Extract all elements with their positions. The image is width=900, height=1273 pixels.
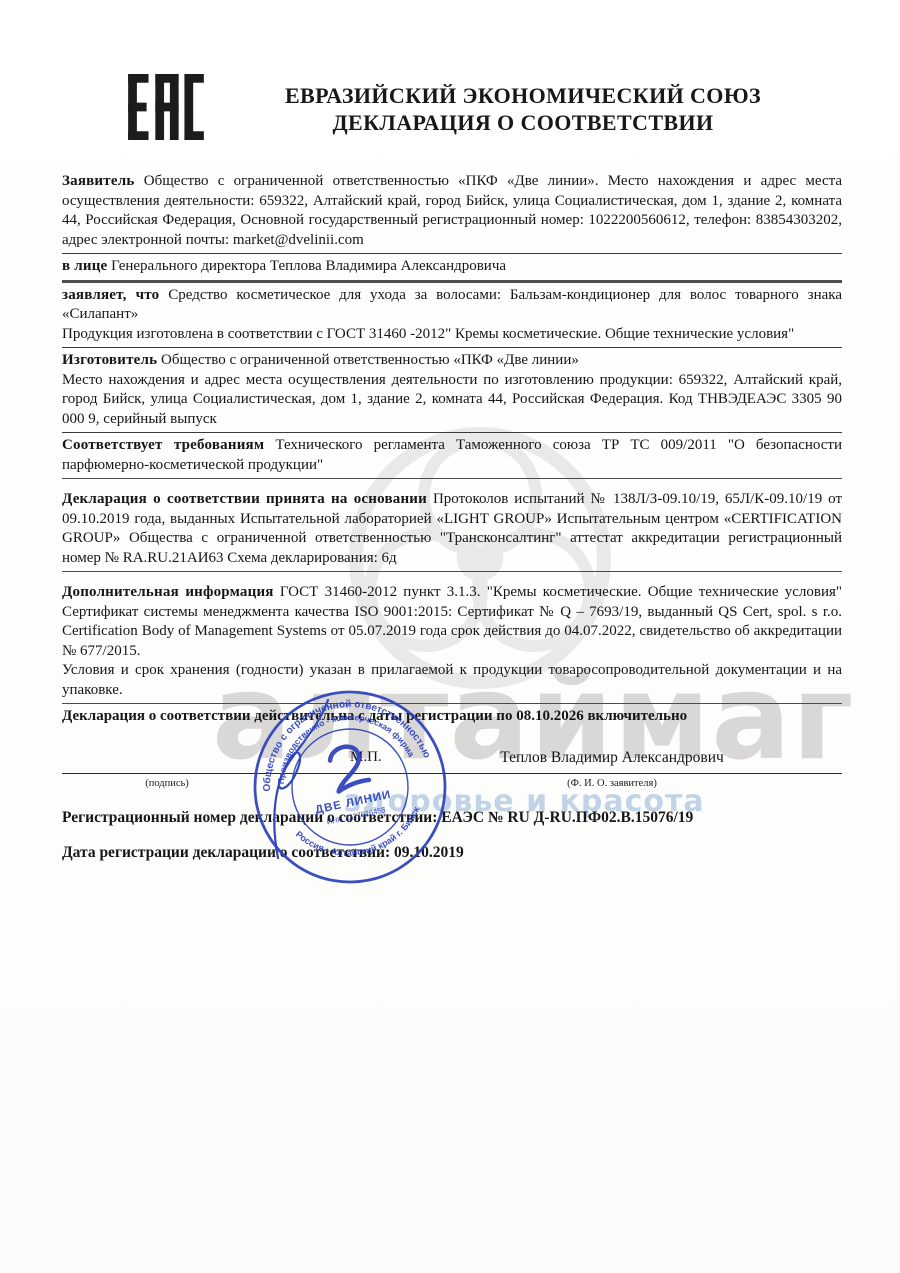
signature-area: М.П. Теплов Владимир Александрович (подп…: [62, 727, 842, 803]
declares-label: заявляет, что: [62, 287, 159, 303]
manufacturer-address: Место нахождения и адрес места осуществл…: [62, 371, 842, 430]
section-complies: Соответствует требованиям Технического р…: [62, 433, 842, 479]
signature-caption: (подпись): [122, 778, 212, 789]
validity-statement: Декларация о соответствии действительна …: [62, 704, 842, 727]
manufacturer-label: Изготовитель: [62, 352, 157, 368]
document-title: ЕВРАЗИЙСКИЙ ЭКОНОМИЧЕСКИЙ СОЮЗ ДЕКЛАРАЦИ…: [204, 74, 842, 144]
section-additional-info: Дополнительная информация ГОСТ 31460-201…: [62, 580, 842, 704]
complies-label: Соответствует требованиям: [62, 437, 264, 453]
section-represented-by: в лице Генерального директора Теплова Вл…: [62, 254, 842, 283]
basis-label: Декларация о соответствии принята на осн…: [62, 491, 427, 507]
section-applicant: Заявитель Общество с ограниченной ответс…: [62, 172, 842, 254]
document-content: ЕВРАЗИЙСКИЙ ЭКОНОМИЧЕСКИЙ СОЮЗ ДЕКЛАРАЦИ…: [62, 0, 842, 863]
additional-info-storage: Условия и срок хранения (годности) указа…: [62, 661, 842, 700]
full-name-caption: (Ф. И. О. заявителя): [492, 778, 732, 789]
applicant-text: Общество с ограниченной ответственностью…: [62, 173, 842, 248]
declaration-document: алтаймаг здоровье и красота ЕВРАЗИЙСКИЙ …: [0, 0, 900, 1273]
additional-info-label: Дополнительная информация: [62, 584, 274, 600]
registration-date-row: Дата регистрации декларации о соответств…: [62, 843, 842, 863]
declares-text: Средство косметическое для ухода за воло…: [62, 287, 842, 323]
represented-by-label: в лице: [62, 258, 107, 274]
section-declares: заявляет, что Средство косметическое для…: [62, 283, 842, 349]
signature-stroke: [256, 694, 366, 864]
declares-gost: Продукция изготовлена в соответствии с Г…: [62, 325, 842, 345]
applicant-full-name: Теплов Владимир Александрович: [412, 749, 812, 767]
title-union: ЕВРАЗИЙСКИЙ ЭКОНОМИЧЕСКИЙ СОЮЗ: [204, 82, 842, 109]
additional-info-cert: Дополнительная информация ГОСТ 31460-201…: [62, 583, 842, 661]
manufacturer-name: Изготовитель Общество с ограниченной отв…: [62, 351, 842, 371]
registration-number-value: ЕАЭС № RU Д-RU.ПФ02.В.15076/19: [441, 809, 693, 826]
title-declaration: ДЕКЛАРАЦИЯ О СООТВЕТСТВИИ: [204, 109, 842, 136]
section-manufacturer: Изготовитель Общество с ограниченной отв…: [62, 348, 842, 433]
manufacturer-text: Общество с ограниченной ответственностью…: [161, 352, 579, 368]
document-header: ЕВРАЗИЙСКИЙ ЭКОНОМИЧЕСКИЙ СОЮЗ ДЕКЛАРАЦИ…: [62, 74, 842, 144]
section-basis: Декларация о соответствии принята на осн…: [62, 487, 842, 572]
eac-mark-icon: [128, 74, 204, 140]
applicant-label: Заявитель: [62, 173, 134, 189]
signature-rule: [62, 773, 842, 774]
represented-by-text: Генерального директора Теплова Владимира…: [111, 258, 506, 274]
declares-product: заявляет, что Средство косметическое для…: [62, 286, 842, 325]
registration-number-row: Регистрационный номер декларации о соотв…: [62, 808, 842, 828]
